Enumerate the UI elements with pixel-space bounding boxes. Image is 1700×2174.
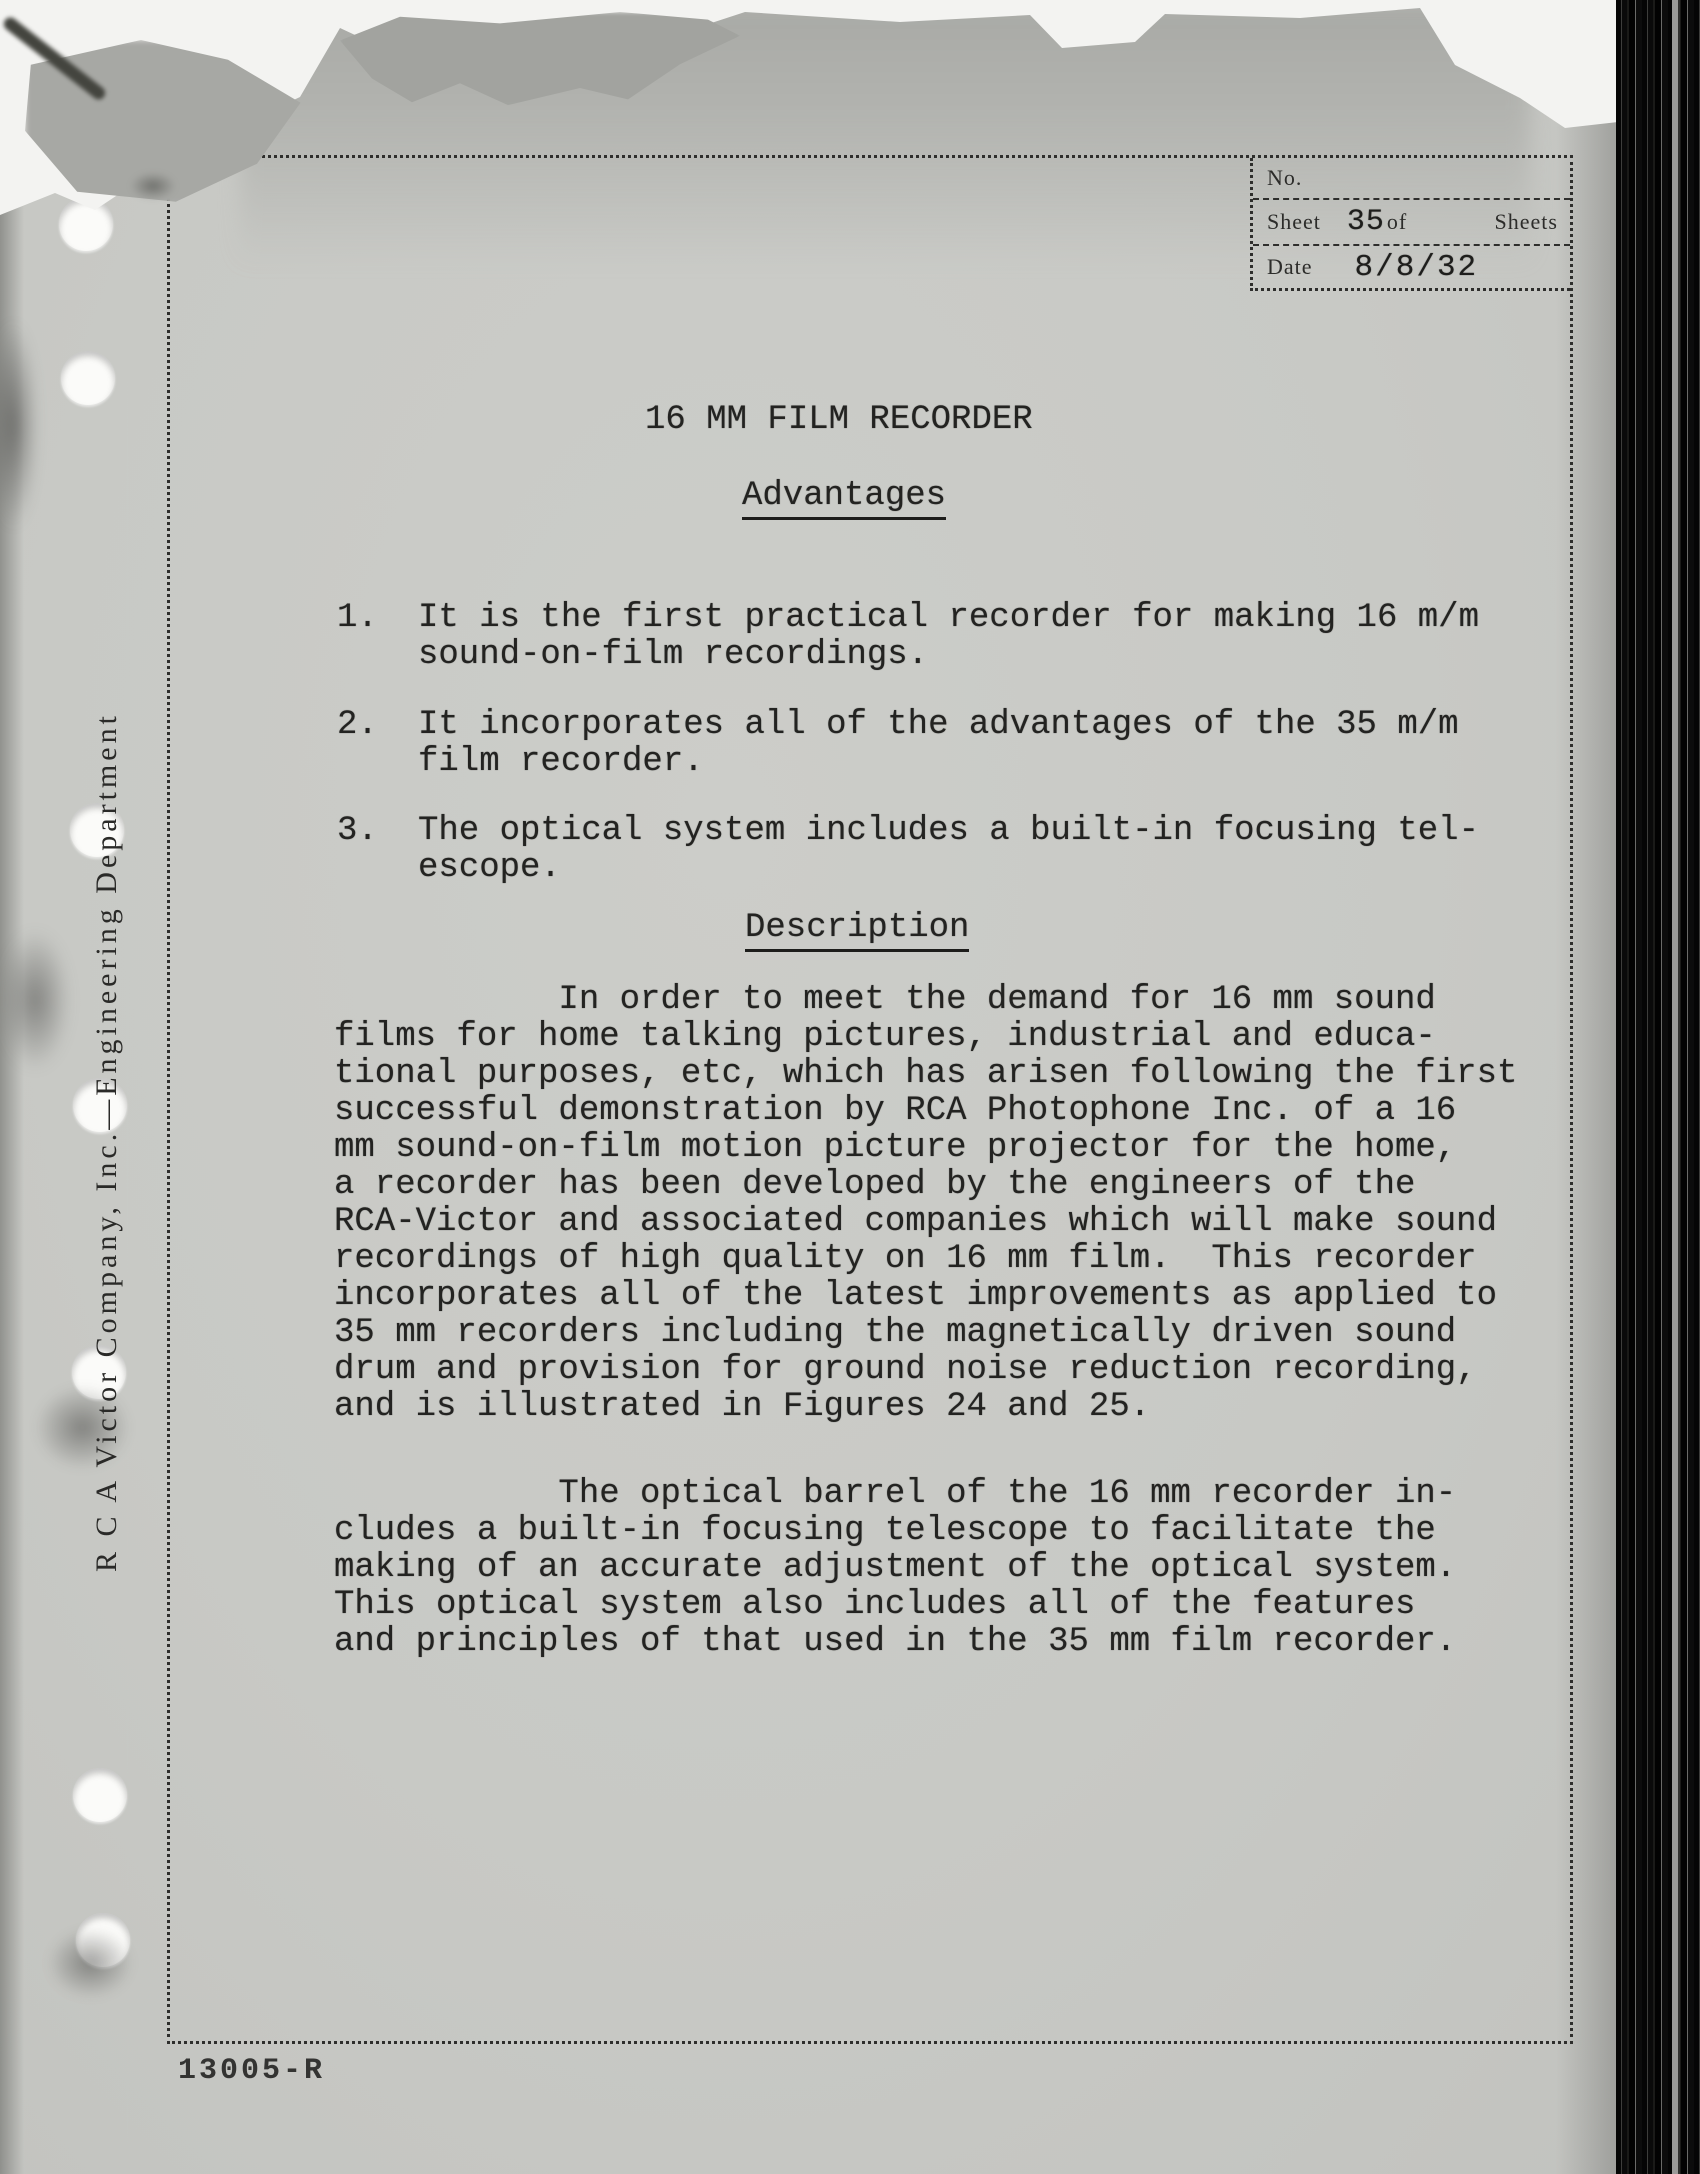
date-row: Date 8/8/32 [1253, 246, 1570, 288]
advantage-item-text: The optical system includes a built-in f… [418, 813, 1479, 887]
scanner-edge-band [1616, 0, 1700, 2174]
punch-hole [61, 351, 115, 405]
number-row: No. [1253, 158, 1570, 200]
sheet-row: Sheet 35 of Sheets [1253, 200, 1570, 246]
ink-smudge [35, 1385, 130, 1470]
ink-smudge [0, 930, 70, 1070]
description-paragraph: The optical barrel of the 16 mm recorder… [334, 1476, 1456, 1661]
ink-smudge [130, 172, 176, 200]
date-label: Date [1267, 254, 1313, 280]
description-heading: Description [745, 910, 969, 952]
advantage-item-number: 1. [337, 600, 378, 637]
sheet-info-box: No. Sheet 35 of Sheets Date 8/8/32 [1250, 158, 1570, 291]
sheet-number-value: 35 [1347, 205, 1385, 239]
advantages-heading: Advantages [742, 478, 946, 520]
description-paragraph: In order to meet the demand for 16 mm so… [334, 982, 1517, 1426]
advantage-item-text: It is the first practical recorder for m… [418, 600, 1479, 674]
punch-hole [73, 1768, 127, 1822]
page-title: 16 MM FILM RECORDER [645, 402, 1033, 439]
form-number: 13005-R [178, 2054, 325, 2088]
paper-sheet: No. Sheet 35 of Sheets Date 8/8/32 16 MM… [0, 0, 1618, 2174]
date-value: 8/8/32 [1355, 250, 1479, 285]
advantage-item-number: 2. [337, 707, 378, 744]
scanned-document-page: No. Sheet 35 of Sheets Date 8/8/32 16 MM… [0, 0, 1700, 2174]
sheet-label: Sheet [1267, 209, 1321, 235]
punch-hole [59, 197, 113, 251]
number-label: No. [1267, 165, 1302, 191]
sheets-label: Sheets [1495, 209, 1570, 235]
advantage-item-text: It incorporates all of the advantages of… [418, 707, 1459, 781]
of-label: of [1387, 209, 1407, 235]
advantage-item-number: 3. [337, 813, 378, 850]
ink-smudge [48, 1928, 133, 1998]
